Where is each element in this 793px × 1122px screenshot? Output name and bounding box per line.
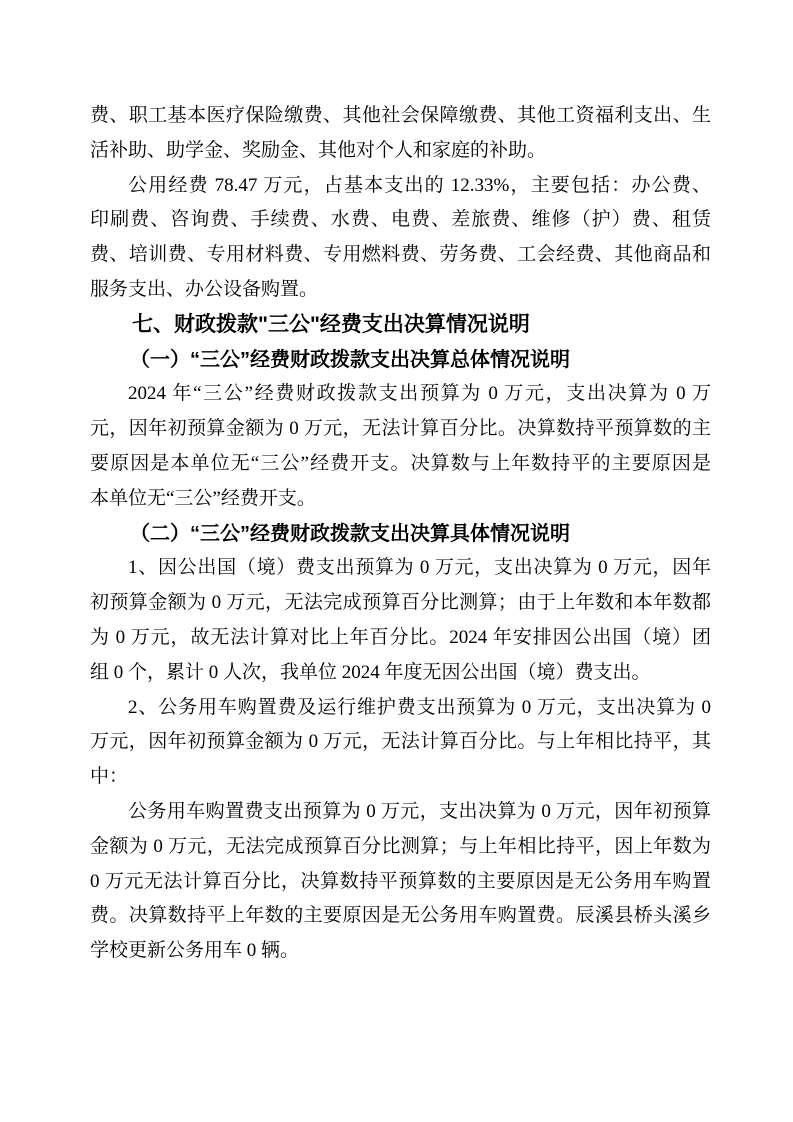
subsection-heading: （二）“三公”经费财政拨款支出决算具体情况说明: [90, 517, 711, 552]
text-line: 万元，因年初预算金额为 0 万元，无法计算百分比。与上年相比持平，其: [90, 725, 711, 760]
text-line: 活补助、助学金、奖励金、其他对个人和家庭的补助。: [90, 134, 711, 169]
text-line: 公务用车购置费支出预算为 0 万元，支出决算为 0 万元，因年初预算: [90, 795, 711, 830]
text-line: 组 0 个，累计 0 人次，我单位 2024 年度无因公出国（境）费支出。: [90, 656, 711, 691]
subsection-heading: （一）“三公”经费财政拨款支出决算总体情况说明: [90, 343, 711, 378]
section-heading: 七、财政拨款"三公"经费支出决算情况说明: [90, 308, 711, 343]
document-body: 费、职工基本医疗保险缴费、其他社会保障缴费、其他工资福利支出、生 活补助、助学金…: [90, 99, 711, 969]
document-page: 费、职工基本医疗保险缴费、其他社会保障缴费、其他工资福利支出、生 活补助、助学金…: [0, 0, 793, 1122]
text-line: 本单位无“三公”经费开支。: [90, 482, 711, 517]
text-line: 要原因是本单位无“三公”经费开支。决算数与上年数持平的主要原因是: [90, 447, 711, 482]
text-line: 费。决算数持平上年数的主要原因是无公务用车购置费。辰溪县桥头溪乡: [90, 899, 711, 934]
text-line: 中：: [90, 760, 711, 795]
text-line: 0 万元无法计算百分比，决算数持平预算数的主要原因是无公务用车购置: [90, 865, 711, 900]
text-line: 费、培训费、专用材料费、专用燃料费、劳务费、工会经费、其他商品和: [90, 238, 711, 273]
text-line: 印刷费、咨询费、手续费、水费、电费、差旅费、维修（护）费、租赁: [90, 203, 711, 238]
text-line: 1、因公出国（境）费支出预算为 0 万元，支出决算为 0 万元，因年: [90, 551, 711, 586]
text-line: 公用经费 78.47 万元，占基本支出的 12.33%，主要包括：办公费、: [90, 169, 711, 204]
text-line: 服务支出、办公设备购置。: [90, 273, 711, 308]
text-line: 学校更新公务用车 0 辆。: [90, 934, 711, 969]
text-line: 2、公务用车购置费及运行维护费支出预算为 0 万元，支出决算为 0: [90, 691, 711, 726]
text-line: 金额为 0 万元，无法完成预算百分比测算；与上年相比持平，因上年数为: [90, 830, 711, 865]
text-line: 初预算金额为 0 万元，无法完成预算百分比测算；由于上年数和本年数都: [90, 586, 711, 621]
text-line: 费、职工基本医疗保险缴费、其他社会保障缴费、其他工资福利支出、生: [90, 99, 711, 134]
text-line: 元，因年初预算金额为 0 万元，无法计算百分比。决算数持平预算数的主: [90, 412, 711, 447]
text-line: 2024 年“三公”经费财政拨款支出预算为 0 万元，支出决算为 0 万: [90, 377, 711, 412]
text-line: 为 0 万元，故无法计算对比上年百分比。2024 年安排因公出国（境）团: [90, 621, 711, 656]
